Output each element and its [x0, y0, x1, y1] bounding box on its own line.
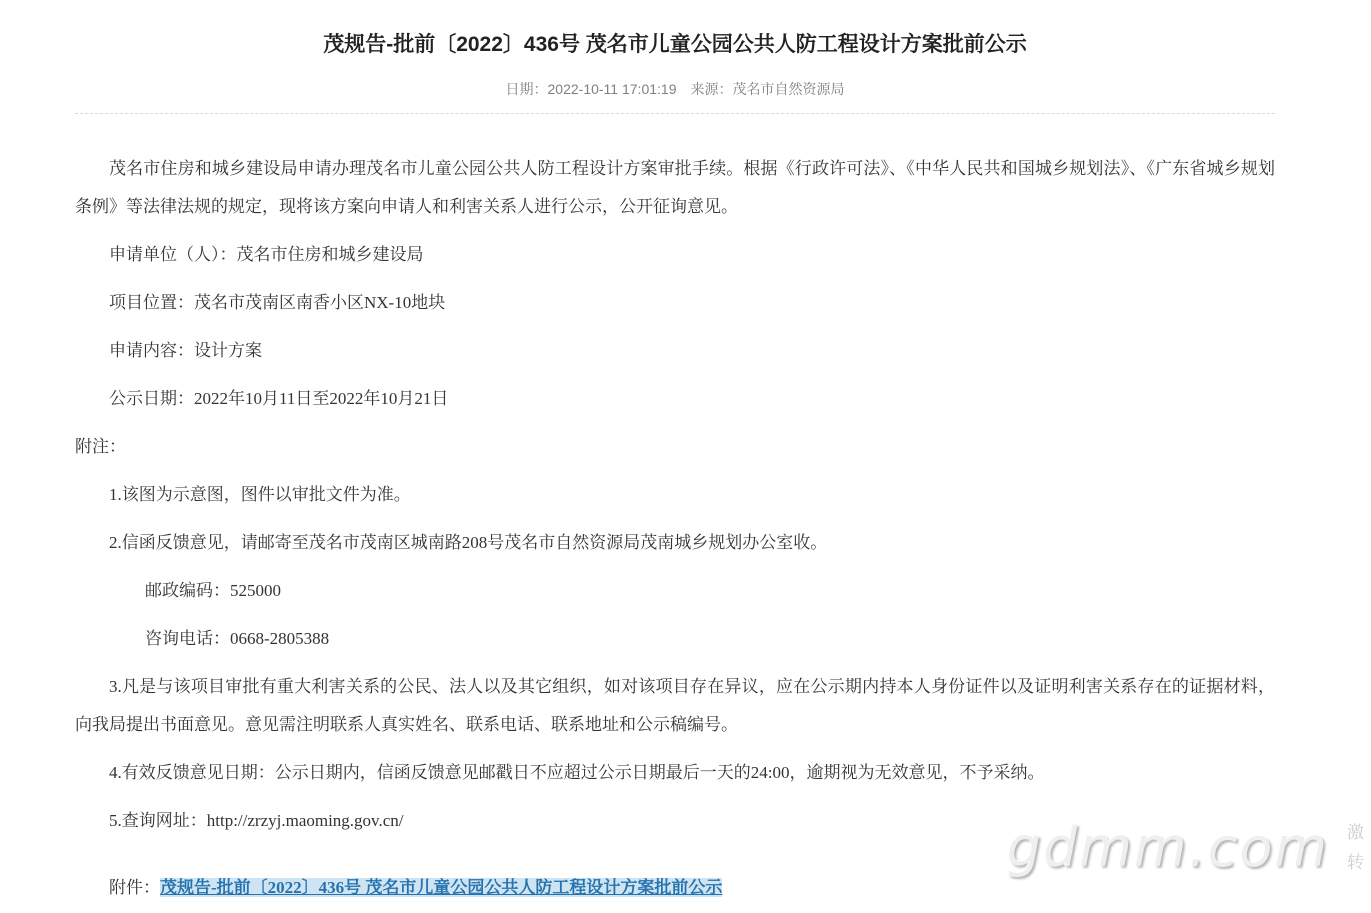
activation-watermark-line1: 激	[1347, 818, 1364, 848]
publicity-period-line: 公示日期：2022年10月11日至2022年10月21日	[75, 380, 1275, 418]
phone-line: 咨询电话：0668-2805388	[75, 620, 1275, 658]
applicant-line: 申请单位（人）：茂名市住房和城乡建设局	[75, 236, 1275, 274]
note-2: 2.信函反馈意见，请邮寄至茂名市茂南区城南路208号茂名市自然资源局茂南城乡规划…	[75, 524, 1275, 562]
postal-code-line: 邮政编码：525000	[75, 572, 1275, 610]
note-3: 3.凡是与该项目审批有重大利害关系的公民、法人以及其它组织，如对该项目存在异议，…	[75, 668, 1275, 744]
project-location-line: 项目位置：茂名市茂南区南香小区NX-10地块	[75, 284, 1275, 322]
note-4: 4.有效反馈意见日期：公示日期内，信函反馈意见邮戳日不应超过公示日期最后一天的2…	[75, 754, 1275, 792]
notice-body: 茂名市住房和城乡建设局申请办理茂名市儿童公园公共人防工程设计方案审批手续。根据《…	[75, 114, 1275, 900]
attachment-label: 附件：	[109, 878, 160, 897]
intro-paragraph: 茂名市住房和城乡建设局申请办理茂名市儿童公园公共人防工程设计方案审批手续。根据《…	[75, 150, 1275, 226]
apply-content-line: 申请内容：设计方案	[75, 332, 1275, 370]
page-title: 茂规告-批前〔2022〕436号 茂名市儿童公园公共人防工程设计方案批前公示	[75, 0, 1275, 60]
date-value: 2022-10-11 17:01:19	[548, 81, 677, 97]
date-label: 日期：	[506, 81, 548, 97]
meta-line: 日期：2022-10-11 17:01:19来源：茂名市自然资源局	[75, 80, 1275, 98]
activation-watermark-line2: 转	[1347, 848, 1364, 878]
activation-watermark: 激 转	[1347, 818, 1364, 878]
note-1: 1.该图为示意图，图件以审批文件为准。	[75, 476, 1275, 514]
attachment-link[interactable]: 茂规告-批前〔2022〕436号 茂名市儿童公园公共人防工程设计方案批前公示	[160, 878, 722, 897]
source-value: 茂名市自然资源局	[732, 81, 844, 97]
attachment-row: 附件：茂规告-批前〔2022〕436号 茂名市儿童公园公共人防工程设计方案批前公…	[75, 876, 1275, 900]
site-watermark: gdmm.com	[1007, 816, 1329, 879]
notes-heading: 附注：	[75, 428, 1275, 466]
source-label: 来源：	[690, 81, 732, 97]
notice-page: 茂规告-批前〔2022〕436号 茂名市儿童公园公共人防工程设计方案批前公示 日…	[0, 0, 1371, 913]
